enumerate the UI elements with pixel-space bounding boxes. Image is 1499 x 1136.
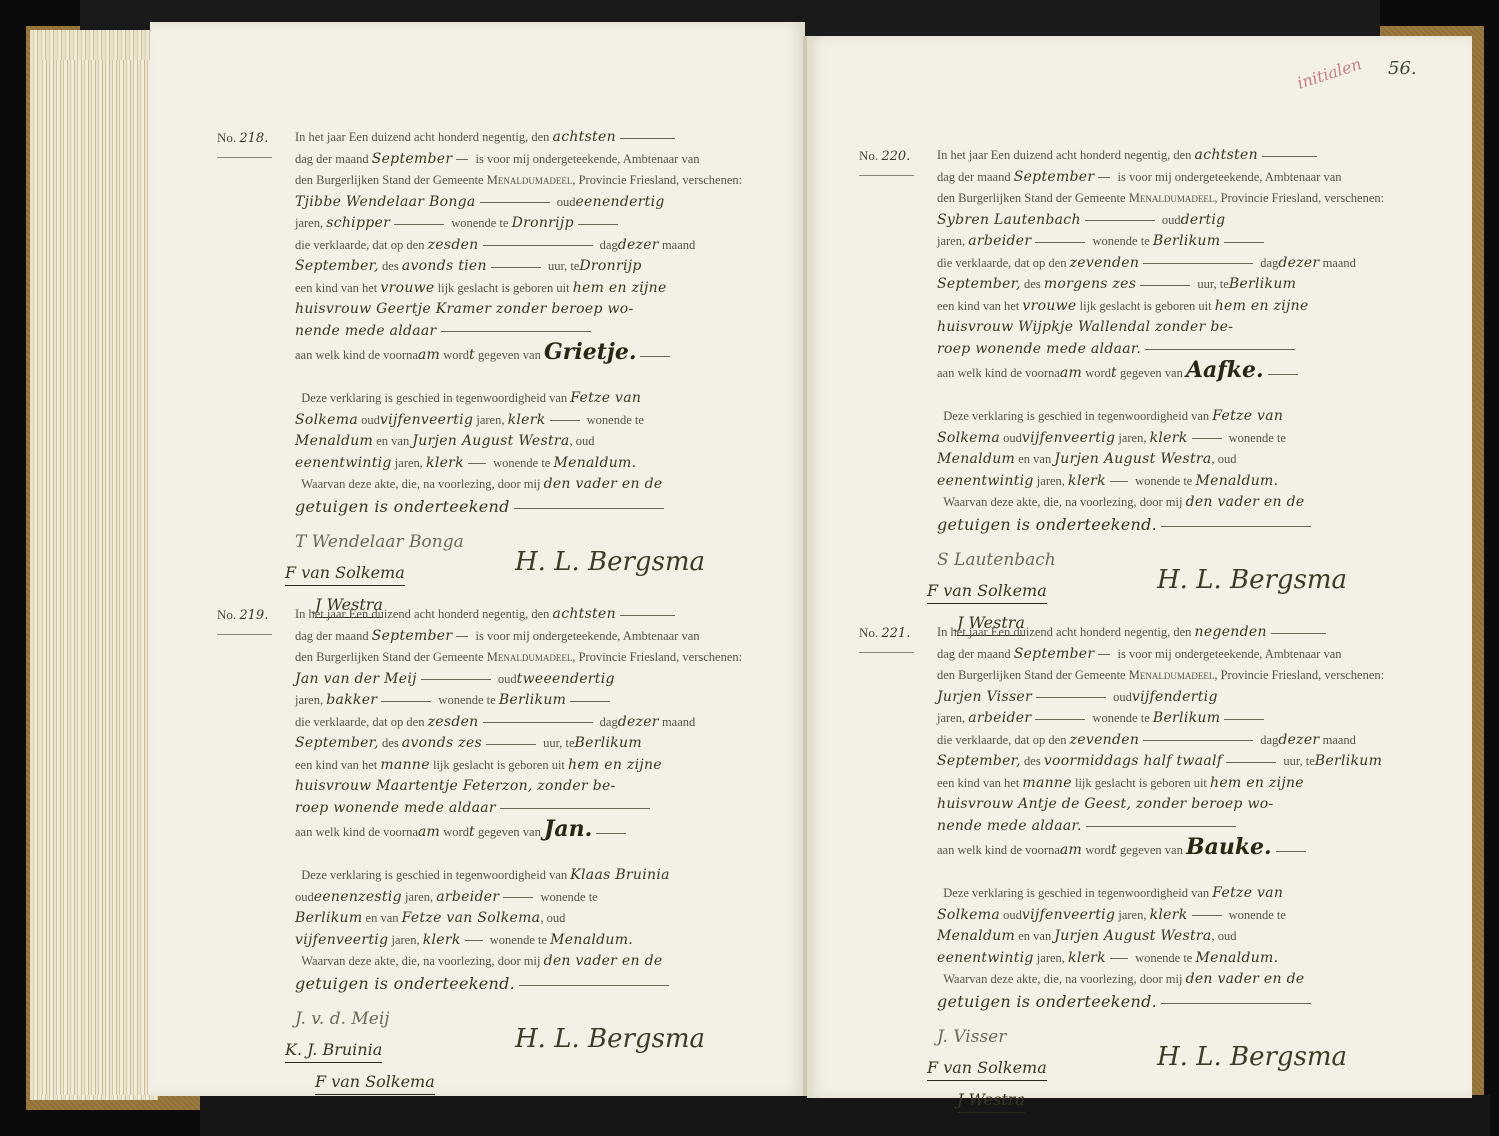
handwritten-entry: September (1014, 169, 1095, 185)
record-line: den Burgerlijken Stand der Gemeente Mena… (937, 665, 1497, 687)
printed-text: jaren, (295, 693, 323, 707)
fill-rule (1143, 740, 1253, 741)
handwritten-entry: Menaldum. (1195, 950, 1278, 966)
printed-text: jaren, (295, 216, 323, 230)
handwritten-entry: September, (937, 753, 1021, 769)
number-rule (217, 157, 272, 158)
handwritten-entry: dezer (618, 237, 659, 253)
printed-text: des (1024, 277, 1041, 291)
fill-rule (1085, 220, 1155, 221)
handwritten-entry: Berlikum (1153, 233, 1220, 249)
printed-text: jaren, (1118, 908, 1146, 922)
printed-text: word (443, 348, 469, 362)
record-line: huisvrouw Geertje Kramer zonder beroep w… (295, 299, 855, 321)
fill-rule (1140, 285, 1190, 286)
printed-text: wonende te (540, 890, 597, 904)
printed-text: een kind van het (937, 776, 1019, 790)
signature-registrar: H. L. Bergsma (515, 552, 705, 574)
record-line: vijfenveertig jaren, klerk wonende te Me… (295, 930, 855, 952)
record-line: jaren, arbeider wonende te Berlikum (937, 231, 1497, 253)
printed-text: aan welk kind de voorna (295, 825, 418, 839)
record-line: Sybren Lautenbach ouddertig (937, 210, 1497, 232)
number-rule (859, 652, 914, 653)
handwritten-entry: Tjibbe Wendelaar Bonga (295, 194, 476, 210)
printed-text: oud (498, 672, 517, 686)
handwritten-entry: Solkema (295, 412, 358, 428)
printed-text: lijk geslacht is geboren uit (438, 281, 570, 295)
handwritten-entry: vijfendertig (1132, 689, 1218, 705)
record-line: Jan van der Meij oudtweeendertig (295, 669, 855, 691)
record-line: getuigen is onderteekend. (937, 514, 1497, 540)
handwritten-entry: huisvrouw Maartentje Feterzon, zonder be… (295, 778, 616, 794)
handwritten-entry: arbeider (436, 889, 499, 905)
record-number: No. 221. (859, 622, 910, 645)
record-line: die verklaarde, dat op den zesden dagdez… (295, 712, 855, 734)
declaration: Deze verklaring is geschied in tegenwoor… (937, 406, 1497, 540)
handwritten-entry: September (1014, 646, 1095, 662)
handwritten-entry: Jurjen August Westra (1054, 451, 1211, 467)
record-line: Waarvan deze akte, die, na voorlezing, d… (295, 474, 855, 496)
handwritten-entry: Jurjen August Westra (412, 433, 569, 449)
printed-text: , oud (1212, 929, 1237, 943)
signature-witness-1: F van Solkema (285, 562, 405, 587)
handwritten-entry: Menaldum. (550, 932, 633, 948)
fill-rule (456, 636, 468, 637)
handwritten-entry: den vader en de (1186, 971, 1305, 987)
printed-text: , Provincie Friesland, verschenen: (572, 173, 742, 187)
printed-text: uur, te (1197, 277, 1228, 291)
handwritten-entry: t (469, 824, 475, 840)
handwritten-entry: Jurjen Visser (937, 689, 1032, 705)
printed-text: , Provincie Friesland, verschenen: (1214, 668, 1384, 682)
handwritten-entry: bakker (326, 692, 377, 708)
handwritten-entry: eenendertig (575, 194, 664, 210)
printed-text: uur, te (543, 736, 574, 750)
printed-text: In het jaar Een duizend acht honderd neg… (937, 148, 1191, 162)
printed-text: jaren, (395, 456, 423, 470)
record-line: die verklaarde, dat op den zesden dagdez… (295, 235, 855, 257)
fill-rule (1224, 719, 1264, 720)
fill-rule (483, 722, 593, 723)
fill-rule (491, 267, 541, 268)
record-line: September, des voormiddags half twaalf u… (937, 751, 1497, 773)
record-line: jaren, bakker wonende te Berlikum (295, 690, 855, 712)
handwritten-entry: zesden (428, 714, 479, 730)
record-line: getuigen is onderteekend. (937, 991, 1497, 1017)
printed-text: jaren, (1037, 951, 1065, 965)
handwritten-entry: klerk (1068, 950, 1106, 966)
record-line: Menaldum en van Jurjen August Westra, ou… (937, 926, 1497, 948)
fill-rule (483, 245, 593, 246)
printed-text: wonende te (493, 456, 550, 470)
record-number: No. 219. (217, 604, 268, 627)
handwritten-entry: t (1111, 842, 1117, 858)
handwritten-entry: Klaas Bruinia (570, 867, 669, 883)
record-line: Waarvan deze akte, die, na voorlezing, d… (937, 492, 1497, 514)
printed-text: Menaldumadeel (1129, 668, 1215, 682)
printed-text: wonende te (1229, 908, 1286, 922)
printed-text: Menaldumadeel (1129, 191, 1215, 205)
handwritten-entry: roep wonende mede aldaar. (937, 341, 1141, 357)
printed-text: jaren, (1118, 431, 1146, 445)
record-line: eenentwintig jaren, klerk wonende te Men… (937, 948, 1497, 970)
handwritten-entry: Fetze van Solkema (402, 910, 541, 926)
handwritten-entry: dezer (1278, 732, 1319, 748)
handwritten-entry: zesden (428, 237, 479, 253)
printed-text: dag (1260, 256, 1278, 270)
fill-rule (1161, 1003, 1311, 1004)
handwritten-entry: Dronrijp (579, 258, 641, 274)
record-line: Deze verklaring is geschied in tegenwoor… (937, 883, 1497, 905)
handwritten-entry: getuigen is onderteekend. (937, 515, 1157, 534)
record-line: een kind van het vrouwe lijk geslacht is… (937, 296, 1497, 318)
fill-rule (1262, 156, 1317, 157)
record-line: In het jaar Een duizend acht honderd neg… (937, 145, 1497, 167)
fill-rule (1192, 915, 1222, 916)
printed-text: en van (1018, 929, 1051, 943)
printed-text: aan welk kind de voorna (295, 348, 418, 362)
printed-text: , oud (570, 434, 595, 448)
printed-text: Menaldumadeel (487, 173, 573, 187)
record-line: aan welk kind de voornaam wordt gegeven … (937, 837, 1497, 865)
handwritten-entry: September (372, 628, 453, 644)
record-line: jaren, arbeider wonende te Berlikum (937, 708, 1497, 730)
printed-text: des (382, 736, 399, 750)
record-line: dag der maand September is voor mij onde… (295, 626, 855, 648)
handwritten-entry: schipper (326, 215, 390, 231)
fill-rule (519, 985, 669, 986)
fill-rule (596, 833, 626, 834)
fill-rule (1226, 762, 1276, 763)
number-rule (859, 175, 914, 176)
signature-registrar: H. L. Bergsma (1157, 570, 1347, 592)
printed-text: dag der maand (295, 152, 369, 166)
record-line: Waarvan deze akte, die, na voorlezing, d… (937, 969, 1497, 991)
record-line: dag der maand September is voor mij onde… (295, 149, 855, 171)
signature-declarant: J. Visser (937, 1027, 1006, 1049)
page-number: 56. (1388, 58, 1417, 79)
signature-declarant: S Lautenbach (937, 550, 1056, 572)
printed-text: Waarvan deze akte, die, na voorlezing, d… (301, 954, 540, 968)
printed-text: jaren, (1037, 474, 1065, 488)
handwritten-entry: Fetze van (1212, 408, 1283, 424)
fill-rule (456, 159, 468, 160)
fill-rule (503, 897, 533, 898)
printed-text: jaren, (937, 711, 965, 725)
printed-text: wonende te (1092, 711, 1149, 725)
record-line: Solkema oudvijfenveertig jaren, klerk wo… (937, 905, 1497, 927)
printed-text: den Burgerlijken Stand der Gemeente (295, 650, 484, 664)
handwritten-entry: Fetze van (1212, 885, 1283, 901)
handwritten-entry: zevenden (1070, 732, 1140, 748)
declaration: Deze verklaring is geschied in tegenwoor… (937, 883, 1497, 1017)
printed-text: , Provincie Friesland, verschenen: (1214, 191, 1384, 205)
printed-text: maand (662, 238, 695, 252)
printed-text: word (1085, 366, 1111, 380)
fill-rule (640, 356, 670, 357)
printed-text: dag (600, 238, 618, 252)
signatures: J. v. d. Meij K. J. Bruinia F van Solkem… (295, 1005, 855, 1125)
printed-text: is voor mij ondergeteekende, Ambtenaar v… (1118, 647, 1342, 661)
record-line: Deze verklaring is geschied in tegenwoor… (937, 406, 1497, 428)
handwritten-entry: Menaldum (937, 928, 1015, 944)
printed-text: jaren, (937, 234, 965, 248)
handwritten-entry: Dronrijp (512, 215, 574, 231)
handwritten-entry: avonds tien (402, 258, 487, 274)
handwritten-entry: klerk (1068, 473, 1106, 489)
record-line: eenentwintig jaren, klerk wonende te Men… (937, 471, 1497, 493)
child-name: Bauke. (1186, 834, 1272, 860)
handwritten-entry: nende mede aldaar (295, 323, 437, 339)
fill-rule (468, 463, 486, 464)
printed-text: oud (1003, 431, 1022, 445)
child-name: Grietje. (544, 339, 637, 365)
record-line: Waarvan deze akte, die, na voorlezing, d… (295, 951, 855, 973)
handwritten-entry: September, (295, 258, 379, 274)
signature-witness-1: F van Solkema (927, 580, 1047, 605)
handwritten-entry: getuigen is onderteekend. (295, 974, 515, 993)
handwritten-entry: dezer (1278, 255, 1319, 271)
child-name: Jan. (544, 816, 592, 842)
record-line: huisvrouw Maartentje Feterzon, zonder be… (295, 776, 855, 798)
handwritten-entry: am (1060, 365, 1082, 381)
record-line: September, des avonds tien uur, teDronri… (295, 256, 855, 278)
handwritten-entry: September (372, 151, 453, 167)
printed-text: lijk geslacht is geboren uit (1080, 299, 1212, 313)
printed-text: een kind van het (295, 758, 377, 772)
handwritten-entry: Berlikum (575, 735, 642, 751)
printed-text: wonende te (1229, 431, 1286, 445)
record-line: getuigen is onderteekend (295, 496, 855, 522)
record-line: den Burgerlijken Stand der Gemeente Mena… (937, 188, 1497, 210)
fill-rule (578, 224, 618, 225)
handwritten-entry: hem en zijne (1210, 775, 1304, 791)
printed-text: Deze verklaring is geschied in tegenwoor… (943, 886, 1209, 900)
handwritten-entry: negenden (1195, 624, 1267, 640)
printed-text: aan welk kind de voorna (937, 843, 1060, 857)
number-rule (217, 634, 272, 635)
record-line: Solkema oudvijfenveertig jaren, klerk wo… (295, 410, 855, 432)
record-line: oudeenenzestig jaren, arbeider wonende t… (295, 887, 855, 909)
printed-text: en van (1018, 452, 1051, 466)
birth-record: No. 218. In het jaar Een duizend acht ho… (295, 127, 855, 648)
record-line: huisvrouw Wijpkje Wallendal zonder be- (937, 317, 1497, 339)
record-line: die verklaarde, dat op den zevenden dagd… (937, 730, 1497, 752)
handwritten-entry: roep wonende mede aldaar (295, 800, 496, 816)
handwritten-entry: Berlikum (499, 692, 566, 708)
printed-text: oud (557, 195, 576, 209)
handwritten-entry: am (1060, 842, 1082, 858)
printed-text: wonende te (1135, 474, 1192, 488)
handwritten-entry: nende mede aldaar. (937, 818, 1082, 834)
printed-text: , oud (540, 911, 565, 925)
record-line: aan welk kind de voornaam wordt gegeven … (937, 360, 1497, 388)
handwritten-entry: arbeider (968, 710, 1031, 726)
printed-text: Deze verklaring is geschied in tegenwoor… (301, 868, 567, 882)
printed-text: wonende te (1092, 234, 1149, 248)
record-line: Jurjen Visser oudvijfendertig (937, 687, 1497, 709)
handwritten-entry: Berlikum (1229, 276, 1296, 292)
handwritten-entry: huisvrouw Geertje Kramer zonder beroep w… (295, 301, 634, 317)
fill-rule (1036, 697, 1106, 698)
handwritten-entry: Solkema (937, 430, 1000, 446)
fill-rule (550, 420, 580, 421)
signature-witness-2: J Westra (957, 1089, 1025, 1114)
handwritten-entry: Sybren Lautenbach (937, 212, 1081, 228)
printed-text: Waarvan deze akte, die, na voorlezing, d… (943, 972, 1182, 986)
handwritten-entry: vrouwe (1022, 298, 1076, 314)
handwritten-entry: Menaldum (295, 433, 373, 449)
printed-text: uur, te (548, 259, 579, 273)
fill-rule (620, 138, 675, 139)
printed-text: die verklaarde, dat op den (937, 733, 1066, 747)
handwritten-entry: September, (937, 276, 1021, 292)
fill-rule (394, 224, 444, 225)
fill-rule (1192, 438, 1222, 439)
record-line: Solkema oudvijfenveertig jaren, klerk wo… (937, 428, 1497, 450)
handwritten-entry: Menaldum. (553, 455, 636, 471)
signature-witness-1: K. J. Bruinia (285, 1039, 382, 1064)
handwritten-entry: morgens zes (1044, 276, 1136, 292)
printed-text: In het jaar Een duizend acht honderd neg… (937, 625, 1191, 639)
fill-rule (1161, 526, 1311, 527)
fill-rule (1035, 242, 1085, 243)
printed-text: den Burgerlijken Stand der Gemeente (295, 173, 484, 187)
printed-text: en van (376, 434, 409, 448)
printed-text: oud (1162, 213, 1181, 227)
handwritten-entry: dertig (1181, 212, 1226, 228)
handwritten-entry: Fetze van (570, 390, 641, 406)
fill-rule (1110, 481, 1128, 482)
printed-text: die verklaarde, dat op den (937, 256, 1066, 270)
handwritten-entry: am (418, 824, 440, 840)
handwritten-entry: Berlikum (1153, 710, 1220, 726)
printed-text: jaren, (405, 890, 433, 904)
signature-declarant: T Wendelaar Bonga (295, 532, 464, 554)
fill-rule (465, 940, 483, 941)
printed-text: wonende te (1135, 951, 1192, 965)
record-line: September, des avonds zes uur, teBerliku… (295, 733, 855, 755)
printed-text: In het jaar Een duizend acht honderd neg… (295, 130, 549, 144)
birth-record: No. 219. In het jaar Een duizend acht ho… (295, 604, 855, 1125)
printed-text: is voor mij ondergeteekende, Ambtenaar v… (476, 152, 700, 166)
handwritten-entry: eenentwintig (937, 473, 1034, 489)
declaration: Deze verklaring is geschied in tegenwoor… (295, 388, 855, 522)
printed-text: , oud (1212, 452, 1237, 466)
handwritten-entry: eenenzestig (314, 889, 402, 905)
printed-text: die verklaarde, dat op den (295, 238, 424, 252)
fill-rule (570, 701, 610, 702)
handwritten-entry: eenentwintig (937, 950, 1034, 966)
fill-rule (500, 808, 650, 809)
record-line: den Burgerlijken Stand der Gemeente Mena… (295, 647, 855, 669)
handwritten-entry: vijfenveertig (1022, 430, 1115, 446)
birth-record: No. 220. In het jaar Een duizend acht ho… (937, 145, 1497, 666)
handwritten-entry: den vader en de (544, 953, 663, 969)
fill-rule (620, 615, 675, 616)
printed-text: gegeven van (1120, 366, 1183, 380)
handwritten-entry: voormiddags half twaalf (1044, 753, 1222, 769)
printed-text: Deze verklaring is geschied in tegenwoor… (943, 409, 1209, 423)
printed-text: gegeven van (478, 825, 541, 839)
handwritten-entry: Jurjen August Westra (1054, 928, 1211, 944)
handwritten-entry: vrouwe (380, 280, 434, 296)
handwritten-entry: hem en zijne (568, 757, 662, 773)
record-line: een kind van het vrouwe lijk geslacht is… (295, 278, 855, 300)
printed-text: gegeven van (478, 348, 541, 362)
fill-rule (421, 679, 491, 680)
record-line: dag der maand September is voor mij onde… (937, 167, 1497, 189)
fill-rule (480, 202, 550, 203)
record-number: No. 218. (217, 127, 268, 150)
printed-text: Menaldumadeel (487, 650, 573, 664)
record-line: eenentwintig jaren, klerk wonende te Men… (295, 453, 855, 475)
handwritten-entry: getuigen is onderteekend (295, 497, 510, 516)
record-line: Deze verklaring is geschied in tegenwoor… (295, 865, 855, 887)
printed-text: wonende te (451, 216, 508, 230)
printed-text: lijk geslacht is geboren uit (1075, 776, 1207, 790)
handwritten-entry: vijfenveertig (295, 932, 388, 948)
handwritten-entry: klerk (1150, 907, 1188, 923)
printed-text: jaren, (476, 413, 504, 427)
fill-rule (1110, 958, 1128, 959)
printed-text: wonende te (438, 693, 495, 707)
record-line: getuigen is onderteekend. (295, 973, 855, 999)
record-line: een kind van het manne lijk geslacht is … (937, 773, 1497, 795)
fill-rule (1271, 633, 1326, 634)
record-line: dag der maand September is voor mij onde… (937, 644, 1497, 666)
printed-text: des (382, 259, 399, 273)
handwritten-entry: achtsten (1195, 147, 1258, 163)
fill-rule (486, 744, 536, 745)
signature-registrar: H. L. Bergsma (515, 1029, 705, 1051)
printed-text: lijk geslacht is geboren uit (433, 758, 565, 772)
printed-text: die verklaarde, dat op den (295, 715, 424, 729)
record-line: aan welk kind de voornaam wordt gegeven … (295, 342, 855, 370)
record-line: huisvrouw Antje de Geest, zonder beroep … (937, 794, 1497, 816)
fill-rule (381, 701, 431, 702)
fill-rule (1098, 177, 1110, 178)
handwritten-entry: manne (1022, 775, 1071, 791)
printed-text: oud (1113, 690, 1132, 704)
signature-declarant: J. v. d. Meij (295, 1009, 390, 1031)
printed-text: jaren, (391, 933, 419, 947)
printed-text: oud (361, 413, 380, 427)
fill-rule (1276, 851, 1306, 852)
printed-text: den Burgerlijken Stand der Gemeente (937, 191, 1126, 205)
record-line: Menaldum en van Jurjen August Westra, ou… (295, 431, 855, 453)
fill-rule (441, 331, 591, 332)
printed-text: Deze verklaring is geschied in tegenwoor… (301, 391, 567, 405)
handwritten-entry: Berlikum (1315, 753, 1382, 769)
handwritten-entry: eenentwintig (295, 455, 392, 471)
printed-text: een kind van het (295, 281, 377, 295)
handwritten-entry: September, (295, 735, 379, 751)
record-line: jaren, schipper wonende te Dronrijp (295, 213, 855, 235)
printed-text: dag (1260, 733, 1278, 747)
fill-rule (1145, 349, 1295, 350)
fill-rule (1143, 263, 1253, 264)
handwritten-entry: huisvrouw Wijpkje Wallendal zonder be- (937, 319, 1233, 335)
printed-text: den Burgerlijken Stand der Gemeente (937, 668, 1126, 682)
handwritten-entry: den vader en de (1186, 494, 1305, 510)
handwritten-entry: Menaldum. (1195, 473, 1278, 489)
handwritten-entry: zevenden (1070, 255, 1140, 271)
printed-text: word (443, 825, 469, 839)
printed-text: en van (366, 911, 399, 925)
child-name: Aafke. (1186, 357, 1264, 383)
fill-rule (1098, 654, 1110, 655)
